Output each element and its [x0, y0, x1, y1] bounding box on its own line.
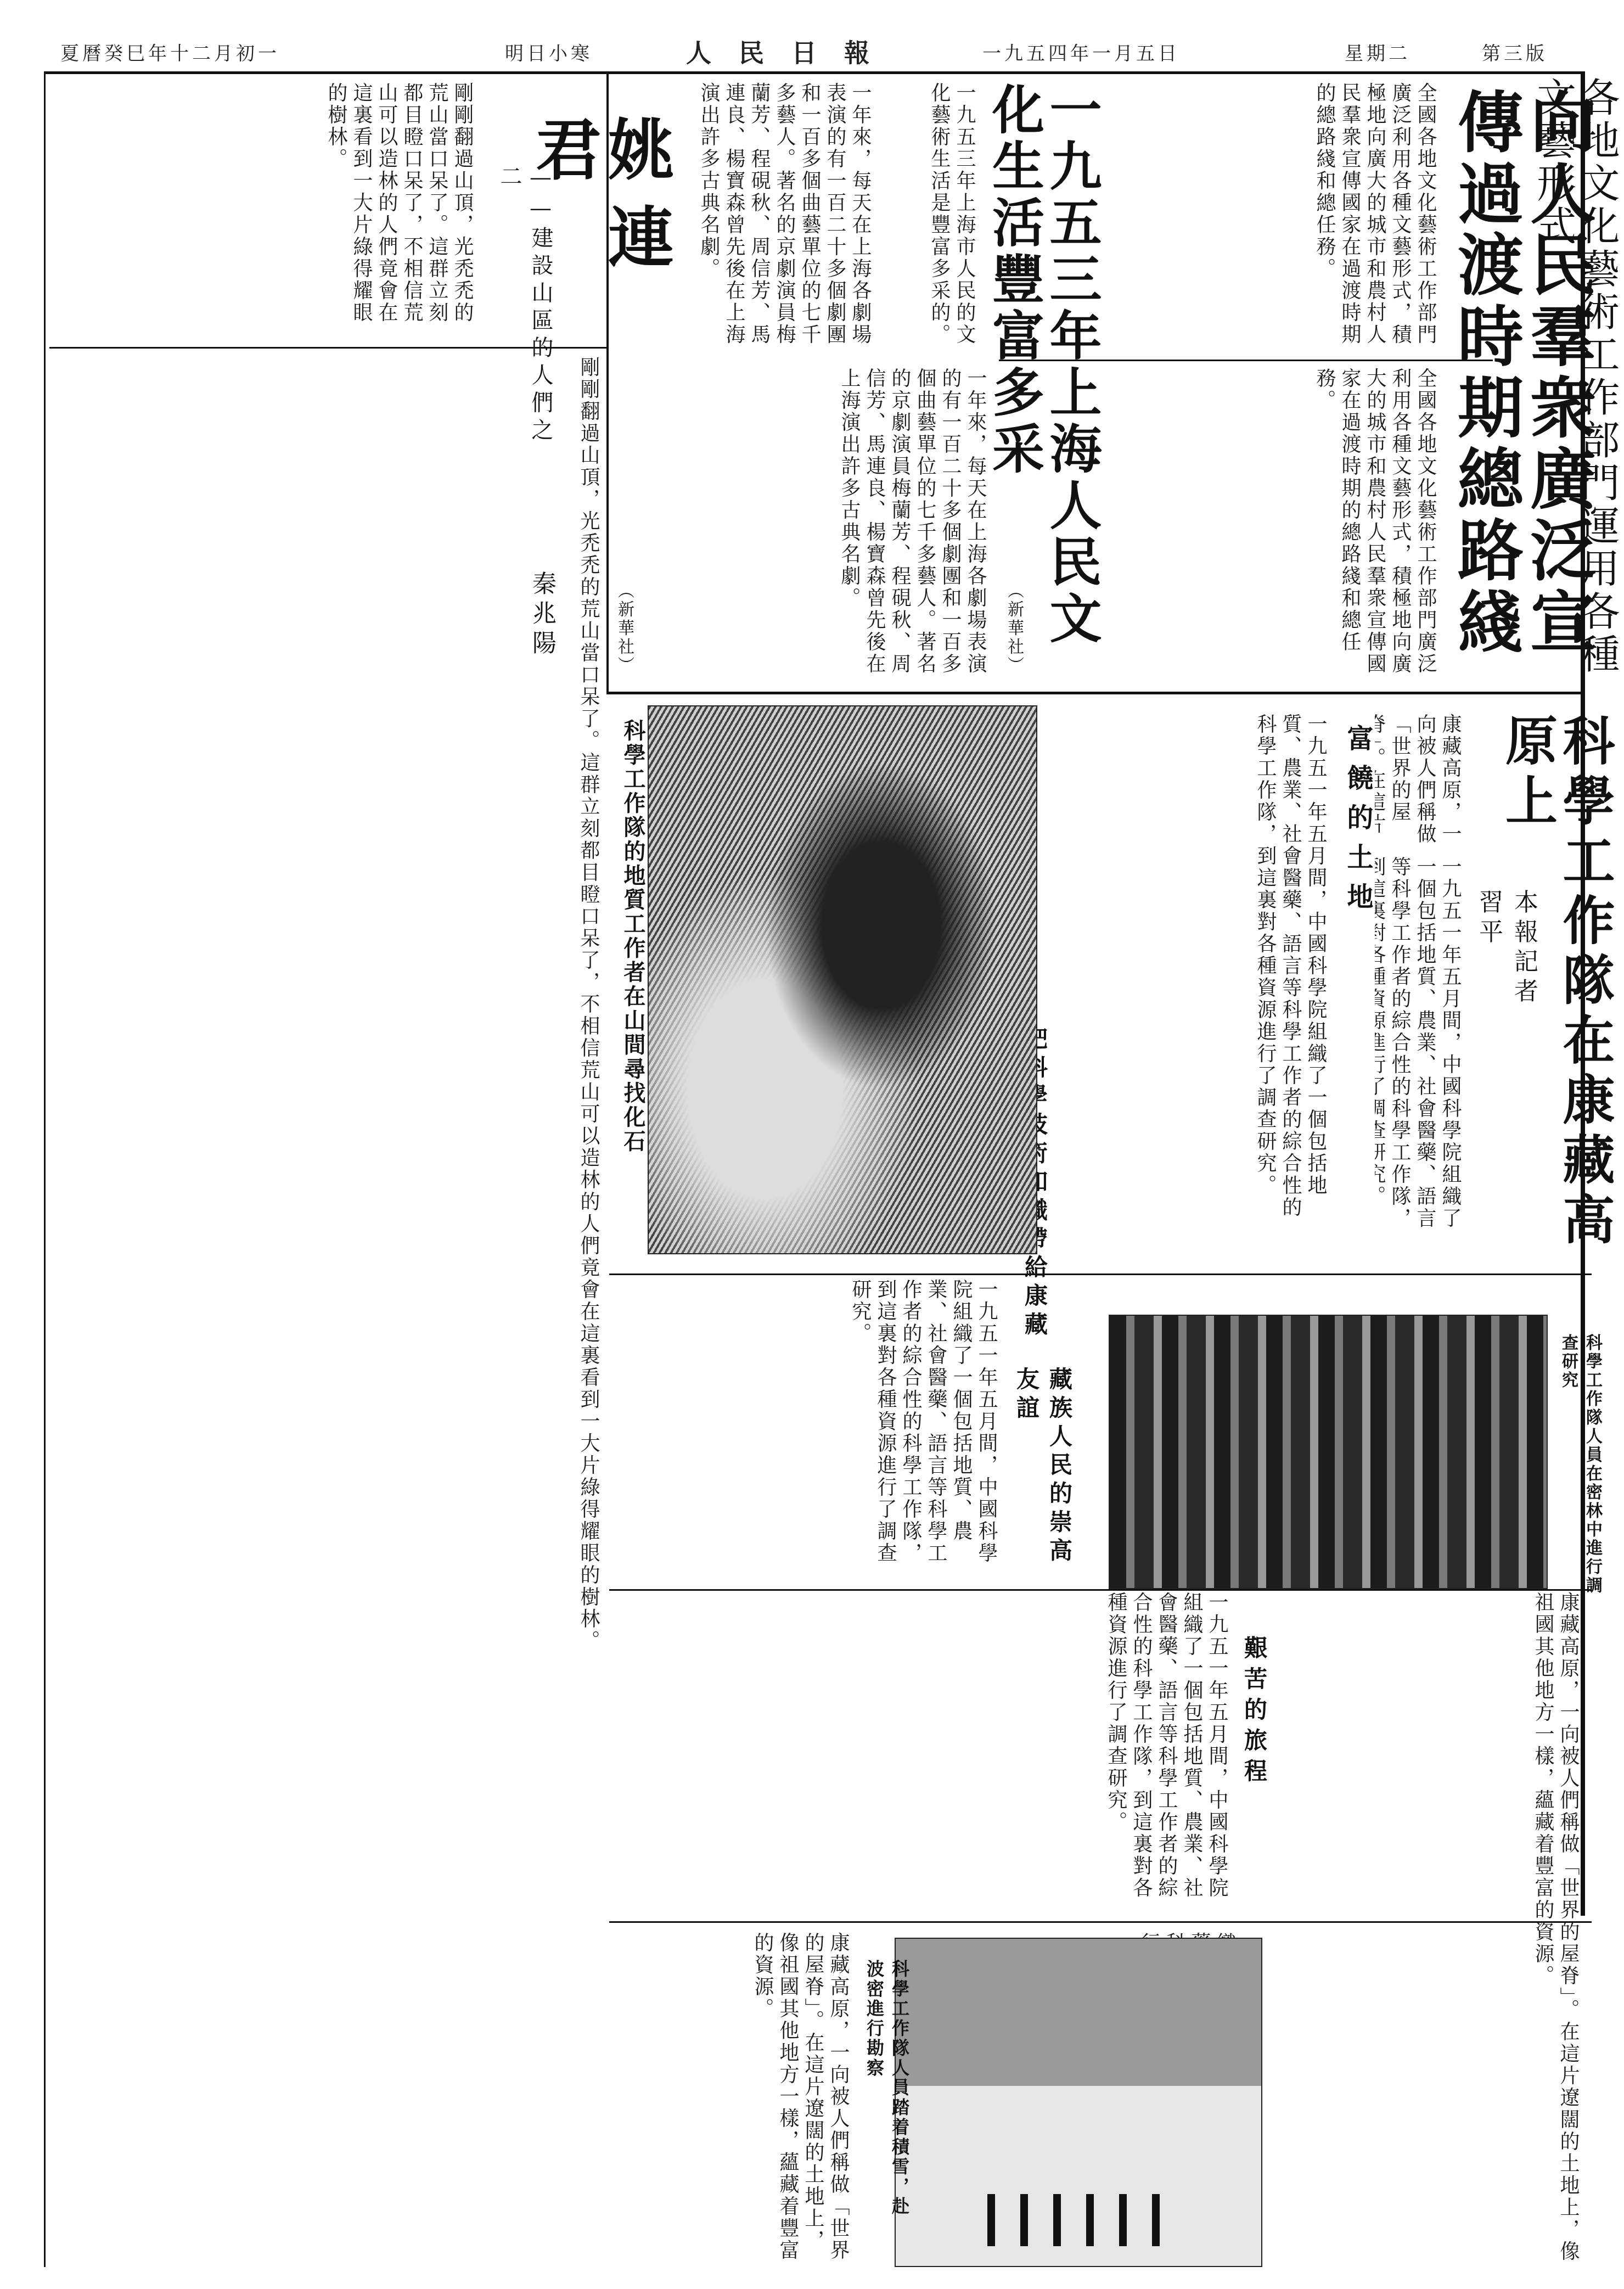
photo-image	[648, 705, 1037, 1254]
photo-caption: 科學工作隊人員在密林中進行調查研究	[1556, 1334, 1604, 1608]
article-body: 一年來，每天在上海各劇場表演的有一百二十多個劇團和一百多個曲藝單位的七千多藝人。…	[615, 368, 988, 675]
page-number: 第三版	[1482, 38, 1548, 65]
story-body: 剛剛翻過山頂，光禿禿的荒山當口呆了。這群立刻都目瞪口呆了，不相信荒山可以造林的人…	[52, 82, 475, 340]
article-source: （新華社）	[615, 582, 637, 675]
section-rule	[609, 1273, 1592, 1275]
subhead-tibetan-friendship: 藏族人民的崇高友誼	[1010, 1367, 1076, 1586]
article-headline: 一九五三年上海人民文化生活豐富多采	[985, 82, 1100, 686]
issue-date: 一九五四年一月五日	[982, 38, 1180, 65]
article-body: 康藏高原，一向被人們稱做「世界的屋脊」。在這片遼闊的土地上，像祖國其他地方一樣，…	[1375, 714, 1463, 845]
newspaper-name: 人民日報	[686, 33, 897, 69]
weekday: 星期二	[1345, 38, 1411, 65]
article-body: 康藏高原，一向被人們稱做「世界的屋脊」。在這片遼闊的土地上，像祖國其他地方一樣，…	[609, 1932, 851, 2267]
solar-term-notice: 明日小寒	[505, 38, 593, 65]
section-rule	[609, 1921, 1592, 1923]
photo-image	[895, 1938, 1262, 2267]
subhead-fertile-land: 富饒的土地	[1339, 725, 1377, 944]
section-rule	[606, 692, 1583, 694]
photo-caption: 科學工作隊的地質工作者在山間尋找化石	[617, 719, 649, 1213]
section-rule	[609, 1589, 1592, 1591]
story-body: 剛剛翻過山頂，光禿禿的荒山當口呆了。這群立刻都目瞪口呆了，不相信荒山可以造林的人…	[52, 357, 601, 2267]
article-body: 一九五一年五月間，中國科學院組織了一個包括地質、農業、社會醫藥、語言等科學工作者…	[609, 1592, 1229, 1910]
subhead-hard-journey: 艱苦的旅程	[1238, 1636, 1271, 1855]
masthead: 第三版 星期二 一九五四年一月五日 人民日報 明日小寒 夏曆癸巳年十二月初一	[0, 38, 1624, 66]
article-headline: 向人民羣衆廣泛宣傳過渡時期總路綫	[1449, 88, 1594, 692]
article-body: 一九五一年五月間，中國科學院組織了一個包括地質、農業、社會醫藥、語言等科學工作者…	[1032, 714, 1328, 1235]
article-body: 康藏高原，一向被人們稱做「世界的屋脊」。在這片遼闊的土地上，像祖國其他地方一樣，…	[1268, 1592, 1581, 2267]
article-body: 一九五三年上海市人民的文化藝術生活是豐富多采的。	[878, 82, 977, 346]
article-body: 全國各地文化藝術工作部門廣泛利用各種文藝形式，積極地向廣大的城市和農村人民羣衆宣…	[1207, 82, 1438, 346]
photo-caption: 科學工作隊人員踏着積雪，赴波密進行勘察	[862, 1960, 912, 2234]
byline: 本報記者 習平	[1471, 889, 1541, 1021]
photo-image	[1109, 1315, 1548, 1589]
article-body: 一九五一年五月間，中國科學院組織了一個包括地質、農業、社會醫藥、語言等科學工作者…	[1375, 856, 1463, 1241]
lunar-date: 夏曆癸巳年十二月初一	[60, 38, 280, 65]
article-body: 一九五一年五月間，中國科學院組織了一個包括地質、農業、社會醫藥、語言等科學工作者…	[609, 1279, 999, 1575]
